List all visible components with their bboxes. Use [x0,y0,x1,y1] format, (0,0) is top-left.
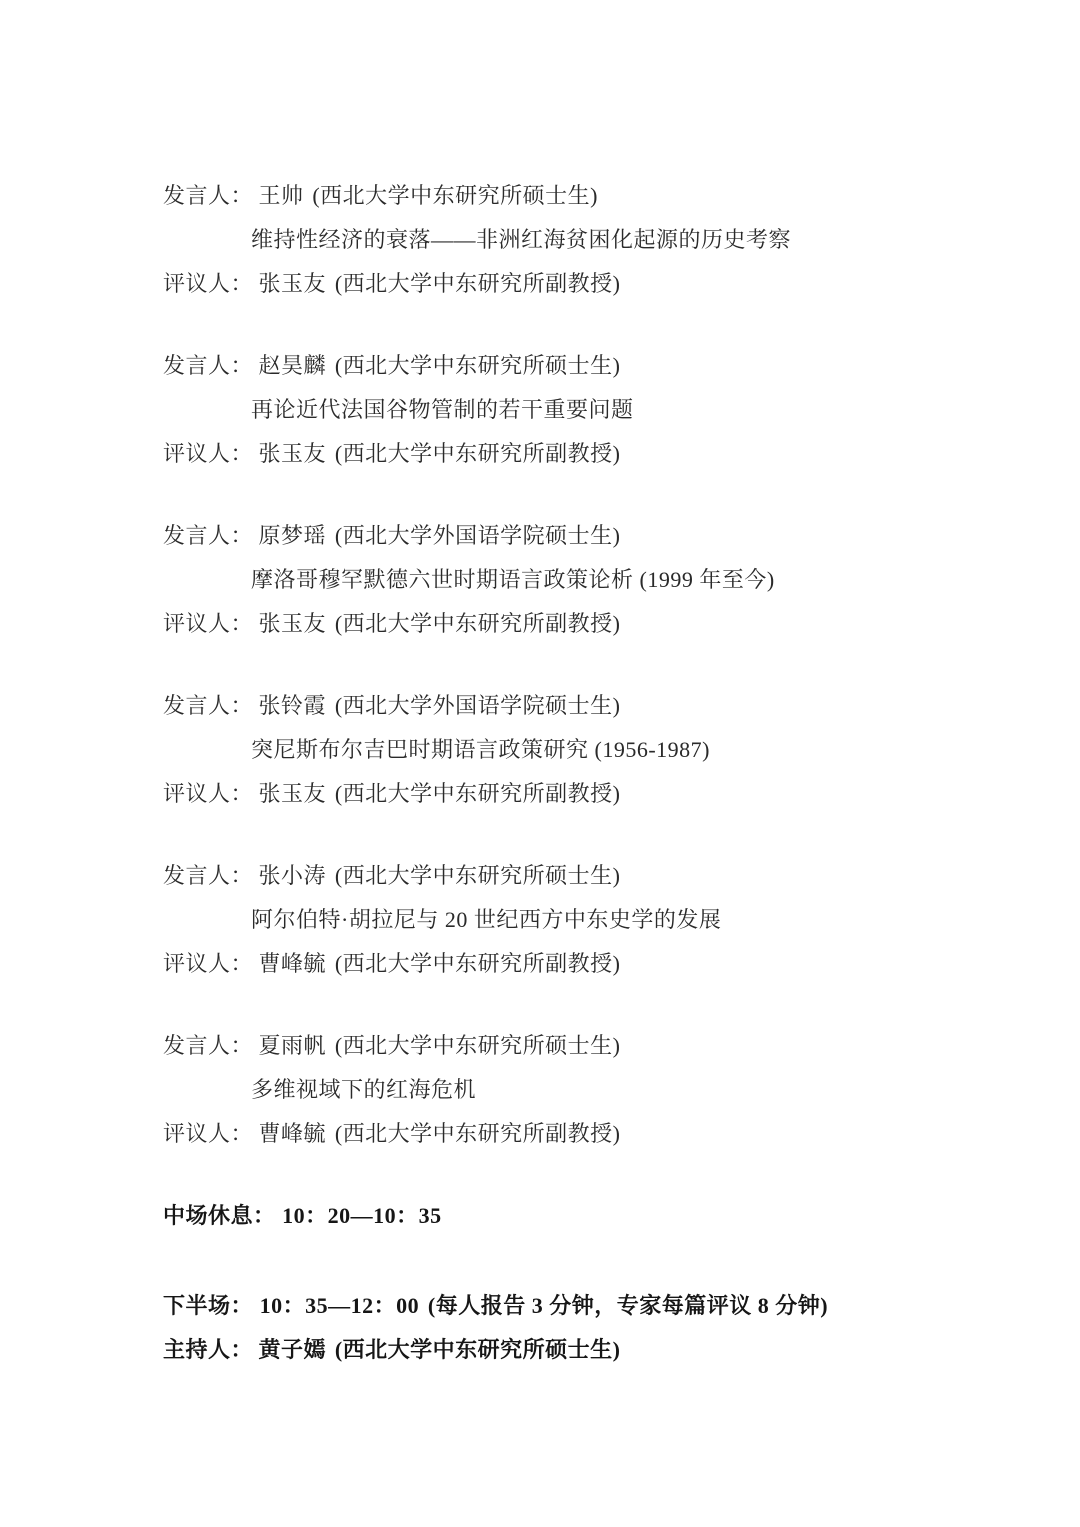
program-schedule: 发言人：王帅(西北大学中东研究所硕士生) 维持性经济的衰落——非洲红海贫困化起源… [163,174,1023,1372]
paper-title: 维持性经济的衰落——非洲红海贫困化起源的历史考察 [251,227,791,252]
second-half-time: 10：35—12：00 [260,1293,420,1318]
speaker-line: 发言人：夏雨帆(西北大学中东研究所硕士生) [163,1024,1023,1068]
speaker-label: 发言人： [163,183,253,208]
session-entry: 发言人：原梦瑶(西北大学外国语学院硕士生) 摩洛哥穆罕默德六世时期语言政策论析 … [163,514,1023,646]
paper-title: 再论近代法国谷物管制的若干重要问题 [251,397,634,422]
second-half-label: 下半场： [163,1293,253,1318]
speaker-name: 王帅 [259,183,304,208]
second-half-note: (每人报告 3 分钟，专家每篇评议 8 分钟) [428,1293,828,1318]
document-page: 发言人：王帅(西北大学中东研究所硕士生) 维持性经济的衰落——非洲红海贫困化起源… [0,0,1080,1527]
discussant-affiliation: (西北大学中东研究所副教授) [335,271,621,296]
discussant-line: 评议人：曹峰毓(西北大学中东研究所副教授) [163,1112,1023,1156]
discussant-line: 评议人：曹峰毓(西北大学中东研究所副教授) [163,942,1023,986]
session-entry: 发言人：王帅(西北大学中东研究所硕士生) 维持性经济的衰落——非洲红海贫困化起源… [163,174,1023,306]
host-name: 黄子嫣 [259,1337,327,1362]
speaker-label: 发言人： [163,523,253,548]
discussant-label: 评议人： [163,271,253,296]
paper-title-line: 摩洛哥穆罕默德六世时期语言政策论析 (1999 年至今) [163,558,1023,602]
paper-title: 多维视域下的红海危机 [251,1077,476,1102]
speaker-name: 赵昊麟 [259,353,327,378]
discussant-label: 评议人： [163,781,253,806]
speaker-affiliation: (西北大学中东研究所硕士生) [335,1033,621,1058]
paper-title-line: 多维视域下的红海危机 [163,1068,1023,1112]
speaker-affiliation: (西北大学中东研究所硕士生) [312,183,598,208]
paper-title-line: 阿尔伯特·胡拉尼与 20 世纪西方中东史学的发展 [163,898,1023,942]
discussant-name: 曹峰毓 [259,951,327,976]
break-label: 中场休息： [163,1203,276,1228]
break-time: 10：20—10：35 [282,1203,442,1228]
host-label: 主持人： [163,1337,253,1362]
discussant-name: 张玉友 [259,781,327,806]
discussant-affiliation: (西北大学中东研究所副教授) [335,781,621,806]
discussant-affiliation: (西北大学中东研究所副教授) [335,611,621,636]
discussant-label: 评议人： [163,441,253,466]
speaker-label: 发言人： [163,353,253,378]
discussant-name: 曹峰毓 [259,1121,327,1146]
host-affiliation: (西北大学中东研究所硕士生) [335,1337,621,1362]
discussant-label: 评议人： [163,951,253,976]
speaker-label: 发言人： [163,1033,253,1058]
speaker-name: 张铃霞 [259,693,327,718]
session-entry: 发言人：张铃霞(西北大学外国语学院硕士生) 突尼斯布尔吉巴时期语言政策研究 (1… [163,684,1023,816]
speaker-affiliation: (西北大学外国语学院硕士生) [335,693,621,718]
session-entry: 发言人：夏雨帆(西北大学中东研究所硕士生) 多维视域下的红海危机 评议人：曹峰毓… [163,1024,1023,1156]
discussant-name: 张玉友 [259,271,327,296]
speaker-name: 张小涛 [259,863,327,888]
discussant-line: 评议人：张玉友(西北大学中东研究所副教授) [163,262,1023,306]
speaker-label: 发言人： [163,693,253,718]
speaker-name: 原梦瑶 [259,523,327,548]
discussant-affiliation: (西北大学中东研究所副教授) [335,951,621,976]
discussant-name: 张玉友 [259,611,327,636]
paper-title: 突尼斯布尔吉巴时期语言政策研究 (1956-1987) [251,737,710,762]
paper-title: 摩洛哥穆罕默德六世时期语言政策论析 (1999 年至今) [251,567,775,592]
speaker-name: 夏雨帆 [259,1033,327,1058]
discussant-line: 评议人：张玉友(西北大学中东研究所副教授) [163,772,1023,816]
speaker-line: 发言人：张铃霞(西北大学外国语学院硕士生) [163,684,1023,728]
speaker-line: 发言人：张小涛(西北大学中东研究所硕士生) [163,854,1023,898]
discussant-line: 评议人：张玉友(西北大学中东研究所副教授) [163,432,1023,476]
paper-title-line: 再论近代法国谷物管制的若干重要问题 [163,388,1023,432]
discussant-affiliation: (西北大学中东研究所副教授) [335,1121,621,1146]
session-entry: 发言人：张小涛(西北大学中东研究所硕士生) 阿尔伯特·胡拉尼与 20 世纪西方中… [163,854,1023,986]
paper-title-line: 突尼斯布尔吉巴时期语言政策研究 (1956-1987) [163,728,1023,772]
discussant-affiliation: (西北大学中东研究所副教授) [335,441,621,466]
speaker-line: 发言人：王帅(西北大学中东研究所硕士生) [163,174,1023,218]
discussant-label: 评议人： [163,611,253,636]
session-entry: 发言人：赵昊麟(西北大学中东研究所硕士生) 再论近代法国谷物管制的若干重要问题 … [163,344,1023,476]
speaker-affiliation: (西北大学中东研究所硕士生) [335,353,621,378]
speaker-line: 发言人：原梦瑶(西北大学外国语学院硕士生) [163,514,1023,558]
break-line: 中场休息：10：20—10：35 [163,1194,1023,1238]
second-half-line: 下半场：10：35—12：00(每人报告 3 分钟，专家每篇评议 8 分钟) [163,1284,1023,1328]
discussant-name: 张玉友 [259,441,327,466]
speaker-line: 发言人：赵昊麟(西北大学中东研究所硕士生) [163,344,1023,388]
discussant-line: 评议人：张玉友(西北大学中东研究所副教授) [163,602,1023,646]
speaker-affiliation: (西北大学中东研究所硕士生) [335,863,621,888]
paper-title-line: 维持性经济的衰落——非洲红海贫困化起源的历史考察 [163,218,1023,262]
speaker-affiliation: (西北大学外国语学院硕士生) [335,523,621,548]
speaker-label: 发言人： [163,863,253,888]
discussant-label: 评议人： [163,1121,253,1146]
host-line: 主持人：黄子嫣(西北大学中东研究所硕士生) [163,1328,1023,1372]
paper-title: 阿尔伯特·胡拉尼与 20 世纪西方中东史学的发展 [251,907,721,932]
